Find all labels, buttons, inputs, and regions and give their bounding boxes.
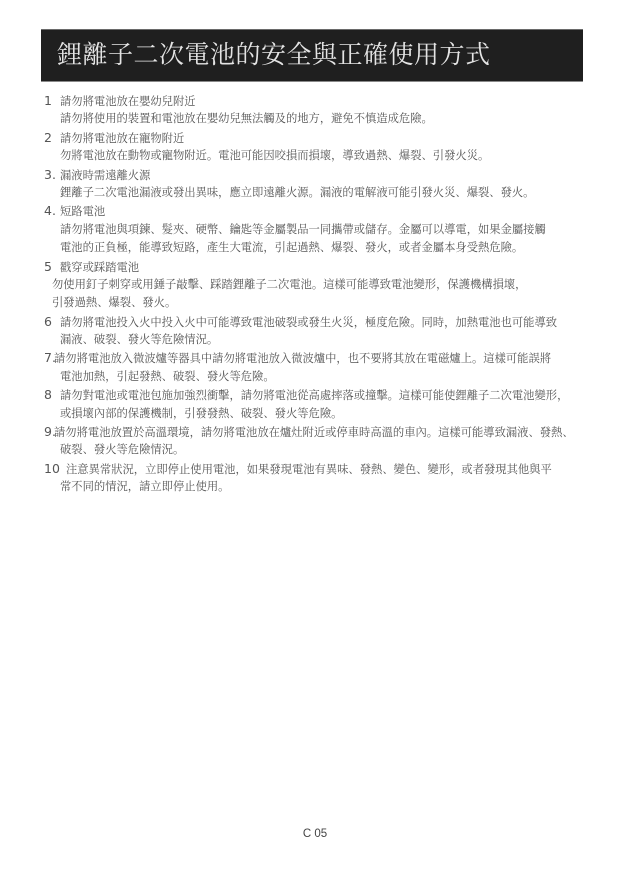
title-banner: 鋰離子二次電池的安全與正確使用方式 — [41, 29, 583, 82]
item-number: 4. — [44, 202, 60, 220]
list-item: 6請勿將電池投入火中投入火中可能導致電池破裂或發生火災，極度危險。同時，加熱電池… — [44, 313, 604, 350]
item-body: 鋰離子二次電池漏液或發出異味，應立即遠離火源。漏液的電解液可能引發火災、爆裂、發… — [44, 184, 604, 202]
page-title: 鋰離子二次電池的安全與正確使用方式 — [57, 39, 491, 71]
page-number: C 05 — [0, 828, 630, 840]
item-number: 3. — [44, 166, 60, 184]
item-body: 或損壞內部的保護機制，引發發熱、破裂、發火等危險。 — [44, 405, 604, 423]
item-heading: 請勿對電池或電池包施加強烈衝擊，請勿將電池從高處摔落或撞擊。這樣可能使鋰離子二次… — [60, 389, 568, 402]
list-item: 10注意異常狀況，立即停止使用電池，如果發現電池有異味、發熱、變色、變形，或者發… — [44, 460, 604, 497]
item-heading: 請勿將電池放入微波爐等器具中請勿將電池放入微波爐中，也不要將其放在電磁爐上。這樣… — [54, 352, 551, 365]
item-number: 1 — [44, 92, 60, 110]
item-body: 破裂、發火等危險情況。 — [44, 441, 604, 459]
item-body: 電池的正負極，能導致短路，產生大電流，引起過熱、爆裂、發火，或者金屬本身受熱危險… — [44, 239, 604, 257]
list-item: 8請勿對電池或電池包施加強烈衝擊，請勿將電池從高處摔落或撞擊。這樣可能使鋰離子二… — [44, 386, 604, 423]
item-number: 5 — [44, 258, 60, 276]
item-number: 10 — [44, 460, 66, 478]
item-number: 6 — [44, 313, 60, 331]
item-body: 勿將電池放在動物或寵物附近。電池可能因咬損而損壞，導致過熱、爆裂、引發火災。 — [44, 147, 604, 165]
list-item: 2請勿將電池放在寵物附近 勿將電池放在動物或寵物附近。電池可能因咬損而損壞，導致… — [44, 129, 604, 166]
item-heading: 請勿將電池投入火中投入火中可能導致電池破裂或發生火災，極度危險。同時，加熱電池也… — [60, 316, 557, 329]
item-body: 電池加熱，引起發熱、破裂、發火等危險。 — [44, 368, 604, 386]
item-heading: 請勿將電池放在寵物附近 — [60, 132, 184, 145]
list-item: 1請勿將電池放在嬰幼兒附近 請勿將使用的裝置和電池放在嬰幼兒無法觸及的地方，避免… — [44, 92, 604, 129]
item-number: 9. — [44, 423, 54, 441]
item-body: 漏液、破裂、發火等危險情況。 — [44, 331, 604, 349]
item-heading: 漏液時需遠離火源 — [60, 169, 150, 182]
item-heading: 注意異常狀況，立即停止使用電池，如果發現電池有異味、發熱、變色、變形，或者發現其… — [66, 463, 552, 476]
item-number: 7. — [44, 349, 54, 367]
list-item: 5戳穿或踩踏電池 勿使用釘子刺穿或用錘子敲擊、踩踏鋰離子二次電池。這樣可能導致電… — [44, 258, 604, 313]
list-item: 4.短路電池 請勿將電池與項鍊、髮夾、硬幣、鑰匙等金屬製品一同攜帶或儲存。金屬可… — [44, 202, 604, 257]
item-heading: 請勿將電池放置於高溫環境，請勿將電池放在爐灶附近或停車時高溫的車內。這樣可能導致… — [54, 426, 574, 439]
item-number: 8 — [44, 386, 60, 404]
item-body: 常不同的情況，請立即停止使用。 — [44, 478, 604, 496]
item-heading: 戳穿或踩踏電池 — [60, 261, 139, 274]
item-heading: 請勿將電池放在嬰幼兒附近 — [60, 95, 196, 108]
list-item: 3.漏液時需遠離火源 鋰離子二次電池漏液或發出異味，應立即遠離火源。漏液的電解液… — [44, 166, 604, 203]
item-body: 請勿將使用的裝置和電池放在嬰幼兒無法觸及的地方，避免不慎造成危險。 — [44, 110, 604, 128]
item-number: 2 — [44, 129, 60, 147]
item-body: 請勿將電池與項鍊、髮夾、硬幣、鑰匙等金屬製品一同攜帶或儲存。金屬可以導電，如果金… — [44, 221, 604, 239]
item-body: 勿使用釘子刺穿或用錘子敲擊、踩踏鋰離子二次電池。這樣可能導致電池變形，保護機構損… — [44, 276, 604, 294]
safety-list: 1請勿將電池放在嬰幼兒附近 請勿將使用的裝置和電池放在嬰幼兒無法觸及的地方，避免… — [44, 92, 604, 497]
item-body: 引發過熱、爆裂、發火。 — [44, 294, 604, 312]
list-item: 7.請勿將電池放入微波爐等器具中請勿將電池放入微波爐中，也不要將其放在電磁爐上。… — [44, 349, 604, 386]
list-item: 9.請勿將電池放置於高溫環境，請勿將電池放在爐灶附近或停車時高溫的車內。這樣可能… — [44, 423, 604, 460]
item-heading: 短路電池 — [60, 205, 105, 218]
